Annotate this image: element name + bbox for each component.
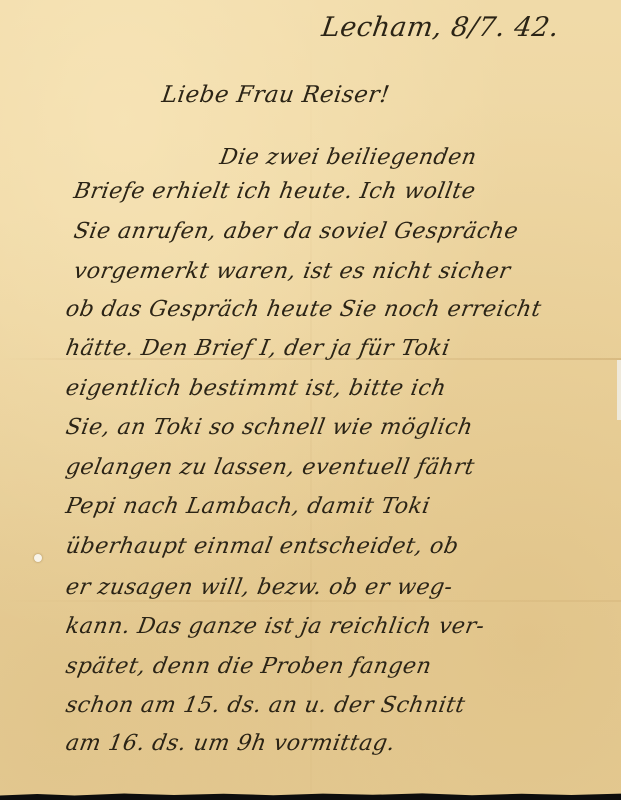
letter-line: Briefe erhielt ich heute. Ich wollte [72,179,478,204]
letter-line: gelangen zu lassen, eventuell fährt [64,455,477,480]
salutation: Liebe Frau Reiser! [160,82,391,108]
paper-tear [617,360,621,420]
letter-line: er zusagen will, bezw. ob er weg- [64,575,455,600]
place-date: Lecham, 8/7. 42. [320,12,561,43]
letter-line: kann. Das ganze ist ja reichlich ver- [64,614,487,639]
letter-line: hätte. Den Brief I, der ja für Toki [64,336,452,361]
letter-line: spätet, denn die Proben fangen [64,654,434,679]
letter-line: überhaupt einmal entscheidet, ob [64,534,461,559]
letter-line: Die zwei beiliegenden [218,145,479,170]
letter-line: am 16. ds. um 9h vormittag. [64,731,397,756]
punch-hole [34,554,42,562]
letter-line: Sie, an Toki so schnell wie möglich [64,415,475,440]
letter-line: eigentlich bestimmt ist, bitte ich [64,376,448,401]
letter-line: schon am 15. ds. an u. der Schnitt [64,693,467,718]
letter-line: vorgemerkt waren, ist es nicht sicher [72,259,513,284]
letter-page: Lecham, 8/7. 42. Liebe Frau Reiser! Die … [0,0,621,800]
letter-line: Sie anrufen, aber da soviel Gespräche [72,219,520,244]
letter-line: Pepi nach Lambach, damit Toki [64,494,432,519]
letter-line: ob das Gespräch heute Sie noch erreicht [64,297,543,322]
